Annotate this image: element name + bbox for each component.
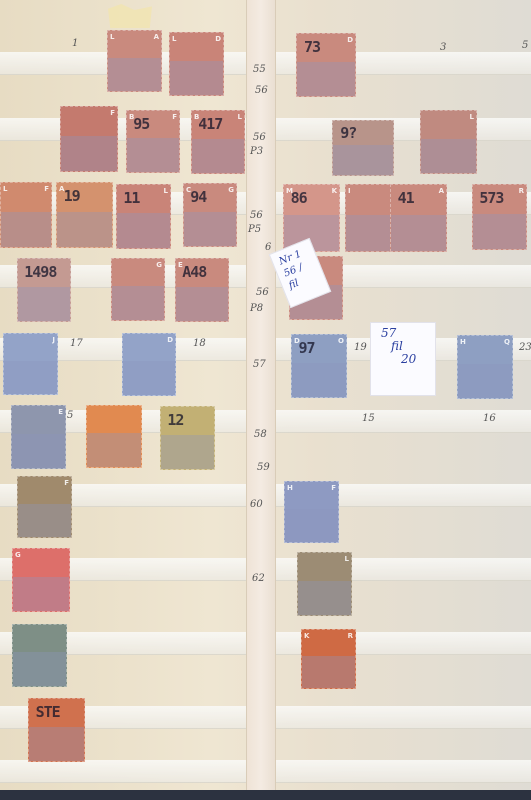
corner-letter: K: [332, 187, 337, 195]
stamp-left-9: CG94: [183, 183, 237, 247]
divider-note: 56: [250, 210, 263, 221]
postmark-number: 1498: [24, 263, 56, 281]
stamp-left-8: L11: [116, 184, 171, 249]
stamp-left-13: J: [3, 333, 58, 395]
stamp-left-20: [12, 624, 67, 687]
divider-note: P5: [248, 224, 261, 235]
slot-number: 5: [522, 40, 528, 51]
postmark-number: 95: [133, 115, 149, 133]
slot-number: 23: [519, 342, 531, 353]
divider-note: P3: [250, 146, 263, 157]
divider-note: 58: [254, 429, 267, 440]
corner-letter: A: [439, 187, 444, 195]
corner-letter: L: [172, 35, 176, 43]
corner-letter: F: [331, 484, 336, 492]
corner-letter: G: [228, 186, 234, 194]
postmark-number: 11: [123, 189, 139, 207]
stamp-left-19: G: [12, 548, 70, 612]
postmark-number: 41: [398, 189, 414, 207]
divider-note: 56: [255, 85, 268, 96]
corner-letter: R: [348, 632, 353, 640]
slot-number: 19: [354, 342, 367, 353]
stamp-left-4: BF95: [126, 110, 180, 173]
note-card-57: 57fil20: [370, 322, 436, 396]
corner-letter: F: [172, 113, 177, 121]
postmark-number: 9?: [340, 124, 356, 142]
postmark-number: 97: [298, 339, 314, 357]
stamp-left-3: F: [60, 106, 118, 172]
center-divider-strip: [246, 0, 276, 790]
corner-letter: L: [238, 113, 242, 121]
corner-letter: G: [156, 261, 162, 269]
stamp-left-14: D: [122, 333, 176, 396]
stamp-right-7: R573: [472, 184, 527, 250]
divider-note: 55: [253, 64, 266, 75]
corner-letter: D: [347, 36, 353, 44]
corner-letter: F: [64, 479, 69, 487]
corner-letter: O: [338, 337, 344, 345]
postmark-number: 86: [291, 189, 307, 207]
postmark-number: 12: [167, 411, 183, 429]
stamp-left-6: LF: [0, 182, 52, 248]
slot-number: 15: [362, 413, 375, 424]
slot-number: 18: [193, 338, 206, 349]
divider-note: 57: [253, 359, 266, 370]
stamp-left-15: E: [11, 405, 66, 469]
postmark-number: STE: [36, 703, 60, 721]
stamp-left-11: G: [111, 258, 165, 321]
corner-letter: D: [215, 35, 221, 43]
card-line: 57: [381, 327, 425, 340]
corner-letter: L: [470, 113, 474, 121]
divider-note: 62: [252, 573, 265, 584]
table-surface: [0, 790, 531, 800]
corner-letter: F: [110, 109, 115, 117]
slot-number: 17: [70, 338, 83, 349]
stockbook-page: 555656P356P5656P85758596062 LALDFBF95BL4…: [0, 0, 531, 790]
divider-note: P8: [250, 303, 263, 314]
postmark-number: 19: [64, 187, 80, 205]
stamp-left-7: A19: [56, 182, 113, 248]
corner-letter: J: [52, 336, 55, 344]
corner-letter: Q: [504, 338, 510, 346]
divider-note: 56: [256, 287, 269, 298]
divider-note: 60: [250, 499, 263, 510]
postmark-number: 573: [479, 189, 503, 207]
corner-letter: H: [460, 338, 466, 346]
corner-letter: E: [58, 408, 63, 416]
stamp-left-12: EA48: [175, 258, 229, 322]
stamp-right-9: DO97: [291, 334, 347, 398]
corner-letter: L: [164, 187, 168, 195]
corner-letter: F: [44, 185, 49, 193]
stamp-left-17: 12: [160, 406, 215, 470]
postmark-number: 417: [198, 115, 222, 133]
slot-number: 5: [67, 410, 73, 421]
stamp-right-1: D73: [296, 33, 356, 97]
stamp-hinge: [108, 4, 152, 28]
slot-number: 16: [483, 413, 496, 424]
slot-number: 3: [440, 42, 446, 53]
corner-letter: R: [519, 187, 524, 195]
stamp-left-1: LA: [107, 30, 162, 92]
corner-letter: L: [345, 555, 349, 563]
corner-letter: I: [348, 187, 351, 195]
stamp-left-18: F: [17, 476, 72, 538]
postmark-number: 94: [190, 188, 206, 206]
stamp-left-10: 1498: [17, 258, 71, 322]
divider-note: 56: [253, 132, 266, 143]
corner-letter: H: [287, 484, 293, 492]
corner-letter: D: [167, 336, 173, 344]
corner-letter: L: [3, 185, 7, 193]
divider-note: 59: [257, 462, 270, 473]
stamp-right-2: 9?: [332, 120, 394, 176]
corner-letter: L: [110, 33, 114, 41]
stamp-right-12: L: [297, 552, 352, 616]
postmark-number: 73: [304, 38, 320, 56]
stamp-left-2: LD: [169, 32, 224, 96]
divider-note: 6: [265, 242, 271, 253]
stamp-right-3: L: [420, 110, 477, 174]
stamp-right-6: A41: [390, 184, 447, 252]
card-line: 20: [381, 353, 425, 366]
stamp-right-10: HQ: [457, 335, 513, 399]
slot-number: 1: [72, 38, 78, 49]
corner-letter: G: [15, 551, 21, 559]
stamp-right-11: HF: [284, 481, 339, 543]
corner-letter: A: [154, 33, 159, 41]
stamp-left-5: BL417: [191, 110, 245, 174]
stamp-left-21: STE: [28, 698, 85, 762]
stamp-left-16: [86, 405, 142, 468]
corner-letter: K: [304, 632, 309, 640]
stamp-right-13: KR: [301, 629, 356, 689]
postmark-number: A48: [182, 263, 206, 281]
